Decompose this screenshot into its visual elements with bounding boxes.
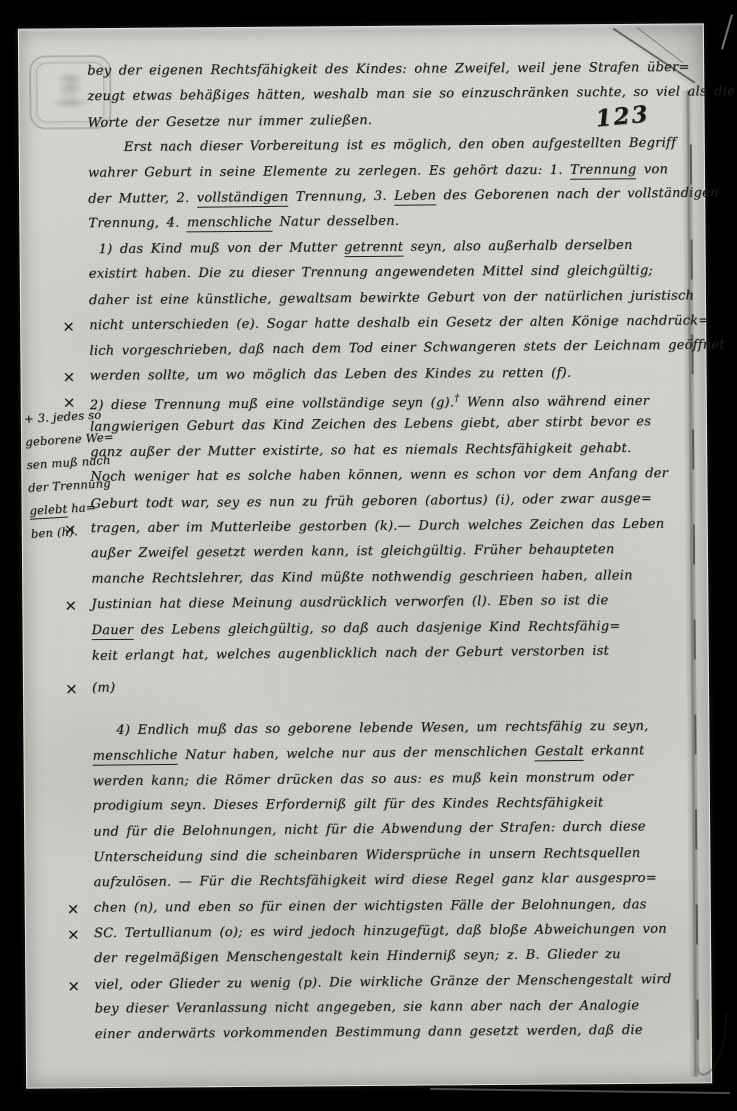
handwritten-text: Wenn also während einer xyxy=(459,394,649,410)
handwritten-text: tragen, aber im Mutterleibe gestorben (k… xyxy=(91,517,665,537)
handwritten-text: SC. Tertullianum (o); es wird jedoch hin… xyxy=(94,922,667,941)
margin-cross-mark: × xyxy=(67,896,80,921)
handwritten-text: + 3. jedes so xyxy=(24,407,102,426)
handwritten-text: geborene We= xyxy=(25,430,114,449)
manuscript-line: außer Zweifel gesetzt werden kann, ist g… xyxy=(91,537,685,567)
margin-cross-mark: × xyxy=(62,314,75,340)
handwritten-text: Natur desselben. xyxy=(272,214,399,230)
underlined-word: menschliche xyxy=(187,215,272,233)
next-page-edge-sliver-top xyxy=(721,14,733,49)
handwritten-text: bey der eigenen Rechtsfähigkeit des Kind… xyxy=(87,60,690,79)
handwritten-text: außer Zweifel gesetzt werden kann, ist g… xyxy=(91,542,615,561)
handwritten-text: erkannt xyxy=(584,743,645,759)
handwritten-text: 1) das Kind muß von der Mutter xyxy=(99,240,345,257)
manuscript-line: Erst nach dieser Vorbereitung ist es mög… xyxy=(88,131,682,161)
handwritten-text: Unterscheidung sind die scheinbaren Wide… xyxy=(93,846,640,865)
handwritten-text: aufzulösen. — Für die Rechtsfähigkeit wi… xyxy=(93,871,656,890)
handwritten-text: manche Rechtslehrer, das Kind müßte noth… xyxy=(91,568,633,586)
handwritten-text: seyn, also außerhalb derselben xyxy=(403,238,632,255)
bottom-corner-page-curl xyxy=(696,1011,728,1077)
scan-background: { "page_number": "123", "colors": { "bac… xyxy=(0,0,737,1111)
handwritten-text: daher ist eine künstliche, gewaltsam bew… xyxy=(89,288,694,308)
handwritten-text: Trennung, 4. xyxy=(88,216,187,232)
handwritten-text: viel, oder Glieder zu wenig (p). Die wir… xyxy=(94,972,671,993)
margin-cross-mark: × xyxy=(65,677,78,702)
handwritten-text: des Lebens gleichgültig, so daß auch das… xyxy=(133,619,620,638)
handwritten-text: keit erlangt hat, welches augenblicklich… xyxy=(92,644,609,664)
handwritten-text: Geburt todt war, sey es nun zu früh gebo… xyxy=(91,491,652,512)
handwritten-text: werden kann; die Römer drücken das so au… xyxy=(93,769,634,788)
handwritten-text: sen muß nach xyxy=(26,453,111,472)
handwritten-text: lich vorgeschrieben, daß nach dem Tod ei… xyxy=(89,338,725,359)
handwritten-text: zeugt etwas behäßiges hätten, weshalb ma… xyxy=(87,84,735,104)
underlined-word: menschliche xyxy=(92,748,177,766)
handwritten-text: Noch weniger hat es solche haben können,… xyxy=(90,466,668,485)
margin-cross-mark: × xyxy=(67,974,80,1000)
margin-cross-mark: × xyxy=(63,364,76,389)
handwritten-text: Worte der Gesetze nur immer zuließen. xyxy=(88,113,373,131)
handwritten-text: wahrer Geburt in seine Elemente zu zerle… xyxy=(88,162,570,180)
handwritten-text: 4) Endlich muß das so geborene lebende W… xyxy=(116,719,648,738)
handwritten-text: Justinian hat diese Meinung ausdrücklich… xyxy=(91,593,608,612)
handwritten-text: Erst nach dieser Vorbereitung ist es mög… xyxy=(124,136,676,155)
underlined-word: Leben xyxy=(394,188,436,205)
manuscript-page: 123 bey der eigenen Rechtsfähigkeit des … xyxy=(18,23,712,1088)
handwritten-text: des Geborenen nach der vollständigen xyxy=(436,185,719,203)
handwritten-text: ha= xyxy=(67,500,96,516)
handwritten-text: der regelmäßigen Menschengestalt kein Hi… xyxy=(94,947,621,966)
handwritten-text: und für die Belohnungen, nicht für die A… xyxy=(93,820,646,840)
handwritten-text: der Mutter, 2. xyxy=(88,191,197,207)
next-page-edge-sliver-bottom xyxy=(430,1088,730,1094)
handwritten-text: einer anderwärts vorkommenden Bestimmung… xyxy=(95,1023,643,1042)
underlined-word: vollständigen xyxy=(197,190,289,208)
underlined-word: gelebt xyxy=(29,502,68,520)
handwritten-text: der Trennung xyxy=(28,476,111,495)
handwritten-text: ganz außer der Mutter existirte, so hat … xyxy=(90,441,631,460)
handwritten-text: nicht unterschieden (e). Sogar hatte des… xyxy=(89,313,709,333)
underlined-word: getrennt xyxy=(344,239,403,256)
handwritten-text: (m) xyxy=(92,681,115,696)
manuscript-line: einer anderwärts vorkommenden Bestimmung… xyxy=(95,1018,689,1048)
manuscript-text-block: bey der eigenen Rechtsfähigkeit des Kind… xyxy=(87,55,689,1048)
underlined-word: Dauer xyxy=(92,622,134,639)
handwritten-text: von xyxy=(636,162,668,177)
underlined-word: Trennung xyxy=(570,162,636,179)
handwritten-text: ben (h). xyxy=(30,524,78,541)
handwritten-text: chen (n), und eben so für einen der wich… xyxy=(94,897,647,915)
handwritten-text: bey dieser Veranlassung nicht angegeben,… xyxy=(95,998,640,1016)
handwritten-text: werden sollte, um wo möglich das Leben d… xyxy=(90,365,572,383)
handwritten-text: langwierigen Geburt das Kind Zeichen des… xyxy=(90,415,651,436)
manuscript-line: ×(m) xyxy=(92,672,686,701)
handwritten-text: prodigium seyn. Dieses Erforderniß gilt … xyxy=(93,795,603,813)
handwritten-text: existirt haben. Die zu dieser Trennung a… xyxy=(89,263,653,281)
handwritten-text: Trennung, 3. xyxy=(288,189,394,205)
manuscript-line: keit erlangt hat, welches augenblicklich… xyxy=(92,638,686,669)
manuscript-line: aufzulösen. — Für die Rechtsfähigkeit wi… xyxy=(93,866,687,896)
underlined-word: Gestalt xyxy=(535,744,584,761)
margin-cross-mark: × xyxy=(64,593,77,619)
handwritten-text: Natur haben, welche nur aus der menschli… xyxy=(178,745,535,764)
margin-cross-mark: × xyxy=(67,922,80,948)
margin-annotation: + 3. jedes sogeborene We=sen muß nachder… xyxy=(23,403,117,546)
